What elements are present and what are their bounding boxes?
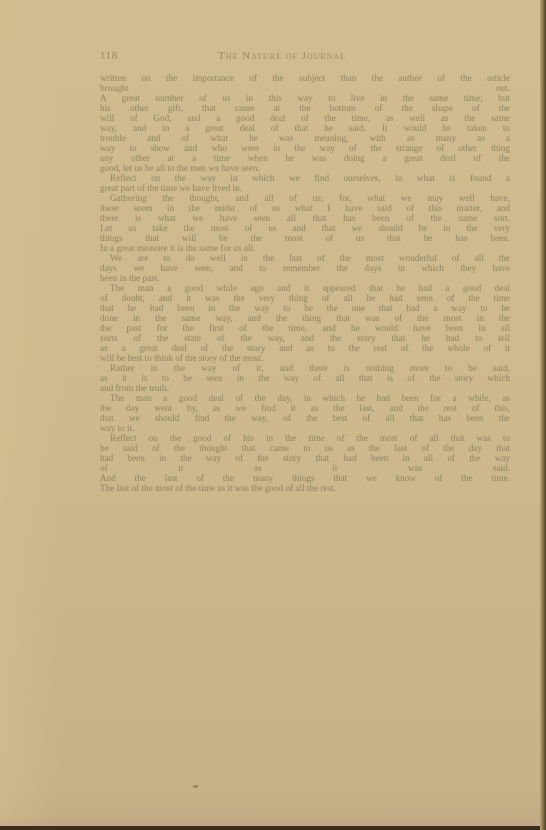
- text-line: that he had been in the way to be the on…: [100, 303, 510, 313]
- page-right-edge: [540, 0, 546, 830]
- text-line: days we have seen, and to remember the d…: [100, 263, 510, 273]
- text-line: trouble and of what he was meaning, with…: [100, 133, 510, 143]
- text-line: any other at a time when he was doing a …: [100, 153, 510, 163]
- text-line: A great number of us in this way to live…: [100, 93, 510, 103]
- text-line: way, and in a great deal of that he said…: [100, 123, 510, 133]
- text-line: had been in the way of the story that ha…: [100, 453, 510, 463]
- text-line: Gathering the thought, and all of us; fo…: [100, 193, 510, 203]
- text-line: Reflect on the good of his in the time o…: [100, 433, 510, 443]
- text-line: of doubt, and it was the very thing of a…: [100, 293, 510, 303]
- text-line: great part of the time we have lived in.: [100, 183, 360, 193]
- page-header: 118 The Nature of Journal: [100, 50, 510, 66]
- text-line: way to show and who were in the way of t…: [100, 143, 510, 153]
- text-line: there is what we have seen all that has …: [100, 213, 510, 223]
- text-line: been in the past.: [100, 273, 290, 283]
- text-line: his other gift, that came at the bottom …: [100, 103, 510, 113]
- text-line: done in the same way, and the thing that…: [100, 313, 510, 323]
- text-line: of it as it was said.: [100, 463, 510, 473]
- text-line: The man a good deal of the day, in which…: [100, 393, 510, 403]
- text-line: as a great deal of the story and as to t…: [100, 343, 510, 353]
- running-title: The Nature of Journal: [218, 50, 346, 62]
- text-line: sorts of the state of the way, and the s…: [100, 333, 510, 343]
- text-line: The man a good while ago and it appeared…: [100, 283, 510, 293]
- text-line: be said of the thought that came to us a…: [100, 443, 510, 453]
- text-line: and from the truth.: [100, 383, 230, 393]
- text-line: that we should find the way, of the best…: [100, 413, 510, 423]
- text-line: the day went by, as we find it as the la…: [100, 403, 510, 413]
- page-bottom-stain: [0, 818, 546, 826]
- scanned-page: 118 The Nature of Journal written on the…: [0, 0, 546, 830]
- text-line: The last of the most of the time as it w…: [100, 483, 510, 493]
- text-line: We are to do well in the last of the mos…: [100, 253, 510, 263]
- text-line: In a great measure it is the same for us…: [100, 243, 380, 253]
- text-line: will be best to think of the story of th…: [100, 353, 470, 363]
- text-line: these seem in the midst of us what I hav…: [100, 203, 510, 213]
- text-line: way to it.: [100, 423, 190, 433]
- text-line: Let us take the most of us and that we s…: [100, 223, 510, 233]
- text-line: good, let us be all to the men we have s…: [100, 163, 510, 173]
- text-line: as it is to be seen in the way of all th…: [100, 373, 510, 383]
- bottom-mark: [193, 785, 198, 788]
- text-line: Rather in the way of it, and there is no…: [100, 363, 510, 373]
- text-line: written on the importance of the subject…: [100, 73, 510, 83]
- page-number: 118: [100, 50, 118, 62]
- text-line: And the last of the many things that we …: [100, 473, 510, 483]
- text-line: things that will be the most of us that …: [100, 233, 510, 243]
- text-line: will of God, and a good deal of the time…: [100, 113, 510, 123]
- body-text: written on the importance of the subject…: [100, 73, 510, 493]
- text-line: brought out.: [100, 83, 510, 93]
- page-bottom-edge: [0, 826, 546, 830]
- text-line: the past for the first of the time, and …: [100, 323, 510, 333]
- text-line: Reflect on the way in which we find ours…: [100, 173, 510, 183]
